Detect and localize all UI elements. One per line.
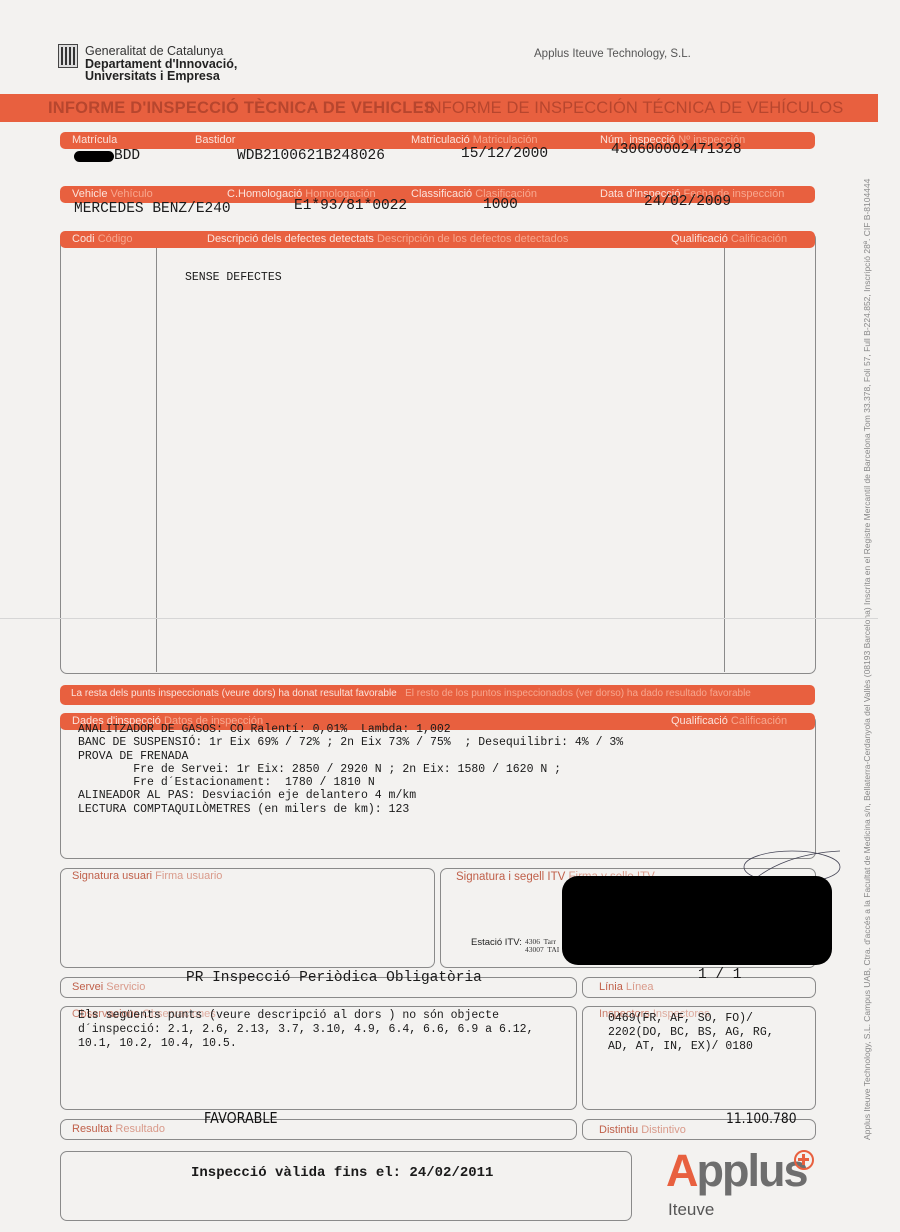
generalitat-logo-icon: [58, 44, 78, 68]
inspection-data-lines: ANALITZADOR DE GASOS: CO Ralentí: 0,01% …: [78, 723, 623, 816]
inspection-date: 24/02/2009: [644, 194, 731, 210]
inspection-data-line: Fre de Servei: 1r Eix: 2850 / 2920 N ; 2…: [78, 763, 623, 776]
inspection-number: 430600002471328: [611, 142, 742, 158]
badge-value: 11.100.780: [726, 1111, 797, 1127]
label-badge: Distintiu Distintivo: [599, 1124, 686, 1136]
stamp-redaction: [562, 876, 832, 965]
station-value: 4306 Tarr 43007 TAI: [525, 938, 559, 954]
observations-text: Els següents punts (veure descripció al …: [78, 1009, 533, 1051]
inspection-data-line: Fre d´Estacionament: 1780 / 1810 N: [78, 776, 623, 789]
result-value: FAVORABLE: [204, 1109, 278, 1127]
inspection-data-line: PROVA DE FRENADA: [78, 750, 623, 763]
inspection-data-line: LECTURA COMPTAQUILÒMETRES (en milers de …: [78, 803, 623, 816]
rest-notice: La resta dels punts inspeccionats (veure…: [71, 688, 751, 699]
defects-header-bar: Codi Código Descripció dels defectes det…: [60, 231, 815, 248]
column-divider: [724, 248, 725, 672]
label-rating: Qualificació Calificación: [671, 233, 787, 245]
gov-line-1: Generalitat de Catalunya: [85, 44, 223, 58]
title-ca: INFORME D'INSPECCIÓ TÈCNICA DE VEHICLES: [48, 99, 435, 118]
label-user-signature: Signatura usuari Firma usuario: [72, 870, 222, 882]
validity-text: Inspecció vàlida fins el: 24/02/2011: [191, 1165, 493, 1181]
plus-circle-icon: [794, 1150, 814, 1170]
fold-line: [0, 618, 878, 619]
applus-logo: Applus: [666, 1147, 807, 1195]
inspection-data-line: BANC DE SUSPENSIÓ: 1r Eix 69% / 72% ; 2n…: [78, 736, 623, 749]
label-result: Resultat Resultado: [72, 1123, 165, 1135]
inspection-data-line: ANALITZADOR DE GASOS: CO Ralentí: 0,01% …: [78, 723, 623, 736]
label-registration: Matriculació Matriculación: [411, 134, 538, 146]
label-inspection-rating: Qualificació Calificación: [671, 715, 787, 727]
label-classification: Classificació Clasificación: [411, 188, 537, 200]
station-label: Estació ITV:: [471, 937, 522, 948]
column-divider: [156, 248, 157, 672]
user-signature-box: [60, 868, 435, 968]
plate-redaction: [74, 151, 114, 162]
plate-value: BDD: [114, 148, 140, 164]
label-vehicle: Vehicle Vehículo: [72, 188, 153, 200]
label-line: Línia Línea: [599, 981, 653, 993]
inspectors-text: 0469(FR, AF, SO, FO)/ 2202(DO, BC, BS, A…: [608, 1012, 774, 1054]
label-code: Codi Código: [72, 233, 133, 245]
side-legal-text: Applus Iteuve Technology, S.L. Campus UA…: [862, 130, 872, 1140]
company-name: Applus Iteuve Technology, S.L.: [534, 48, 691, 60]
logo-sub: Iteuve: [668, 1200, 714, 1220]
registration-date: 15/12/2000: [461, 146, 548, 162]
rest-notice-bar: La resta dels punts inspeccionats (veure…: [60, 685, 815, 705]
validity-box: [60, 1151, 632, 1221]
label-service: Servei Servicio: [72, 981, 145, 993]
title-es: INFORME DE INSPECCIÓN TÉCNICA DE VEHÍCUL…: [425, 99, 843, 118]
label-plate: Matrícula: [72, 134, 117, 146]
line-value: 1 / 1: [698, 967, 742, 983]
defect-description: SENSE DEFECTES: [185, 271, 282, 284]
homologation-value: E1*93/81*0022: [294, 198, 407, 214]
classification-value: 1000: [483, 197, 518, 213]
label-chassis: Bastidor: [195, 134, 235, 146]
defects-table: [60, 232, 816, 674]
gov-line-3: Universitats i Empresa: [85, 69, 220, 83]
label-description: Descripció dels defectes detectats Descr…: [207, 233, 568, 245]
service-value: PR Inspecció Periòdica Obligatòria: [186, 970, 482, 986]
vehicle-value: MERCEDES BENZ/E240: [74, 201, 231, 217]
chassis-value: WDB2100621B248026: [237, 148, 385, 164]
inspection-data-line: ALINEADOR AL PAS: Desviación eje delante…: [78, 789, 623, 802]
